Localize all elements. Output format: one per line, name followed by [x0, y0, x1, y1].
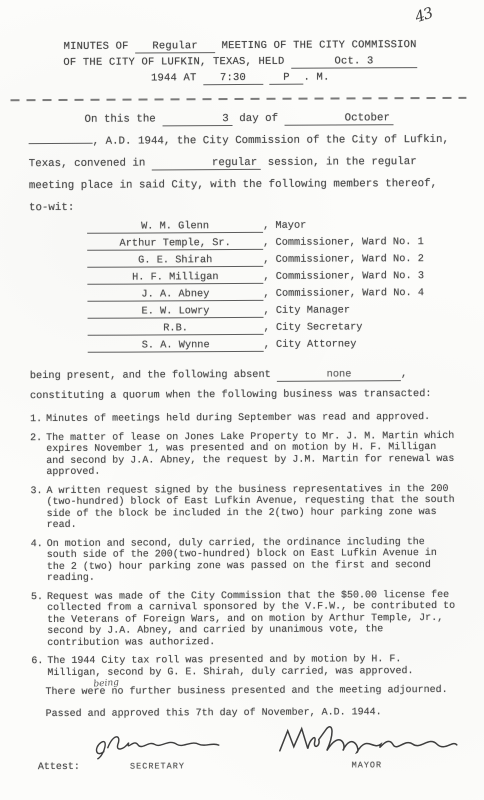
header-text: OF THE CITY OF LUFKIN, TEXAS, HELD [63, 56, 284, 69]
member-name: S. A. Wynne [88, 340, 264, 353]
roster-row: H. F. Milligan, Commissioner, Ward No. 3 [87, 270, 483, 289]
item-number: 3. [30, 486, 46, 532]
member-name: J. A. Abney [87, 289, 263, 302]
absent-blank: none [277, 369, 401, 381]
item-number: 1. [30, 414, 46, 426]
item-number: 5. [31, 592, 47, 650]
mayor-signature-block: MAYOR [274, 720, 460, 773]
secretary-label: SECRETARY [130, 761, 185, 771]
roster-row: R.B., City Secretary [88, 321, 484, 340]
member-title: Commissioner, Ward No. 2 [276, 253, 424, 266]
member-title: City Attorney [276, 338, 356, 350]
session-blank: regular [152, 158, 261, 171]
handwritten-insertion: being [93, 676, 120, 692]
dashed-separator [10, 97, 466, 101]
header-line-2: OF THE CITY OF LUFKIN, TEXAS, HELD Oct. … [0, 53, 482, 72]
member-title: Commissioner, Ward No. 3 [276, 270, 424, 283]
attest-block: Attest: SECRETARY [38, 725, 224, 774]
member-roster: W. M. Glenn, Mayor Arthur Temple, Sr., C… [87, 219, 484, 357]
header-text: MINUTES OF [64, 41, 129, 53]
member-name: E. W. Lowry [87, 306, 263, 319]
member-name: G. E. Shirah [87, 255, 263, 268]
header-text: . M. [304, 72, 330, 84]
mayor-signature [274, 720, 460, 761]
member-name: W. M. Glenn [87, 221, 263, 234]
item-text: Request was made of the City Commission … [47, 589, 457, 649]
opening-text: , A.D. 1944, [93, 135, 171, 147]
item-row: 1.Minutes of meetings held during Septem… [30, 412, 456, 426]
meeting-date-blank: Oct. 3 [291, 56, 417, 69]
document-content: MINUTES OF Regular MEETING OF THE CITY C… [0, 37, 484, 775]
mayor-label: MAYOR [352, 760, 383, 770]
item-row: 6.The 1944 City tax roll was presented a… [31, 654, 457, 679]
item-text: The matter of lease on Jones Lake Proper… [46, 430, 456, 478]
document-header: MINUTES OF Regular MEETING OF THE CITY C… [0, 37, 482, 88]
roster-row: G. E. Shirah, Commissioner, Ward No. 2 [87, 253, 483, 272]
item-row: 4.On motion and second, duly carried, th… [31, 536, 457, 584]
member-name: R.B. [88, 323, 264, 336]
item-text: The 1944 City tax roll was presented and… [47, 654, 457, 679]
day-blank: 3 [162, 114, 233, 127]
member-name: Arthur Temple, Sr. [87, 238, 263, 251]
signature-row: Attest: SECRETARY MAYOR [38, 720, 460, 774]
adjournment-line: being There were no further business pre… [45, 684, 457, 700]
item-text: On motion and second, duly carried, the … [47, 536, 457, 584]
header-text: 1944 AT [151, 72, 197, 84]
member-title: City Manager [276, 304, 350, 316]
roster-row: Arthur Temple, Sr., Commissioner, Ward N… [87, 236, 483, 255]
roster-row: E. W. Lowry, City Manager [87, 304, 483, 323]
roster-row: J. A. Abney, Commissioner, Ward No. 4 [87, 287, 483, 306]
roster-row: W. M. Glenn, Mayor [87, 219, 483, 238]
item-number: 2. [30, 433, 46, 479]
member-title: City Secretary [276, 321, 363, 333]
member-name: H. F. Milligan [87, 272, 263, 285]
opening-text: day of [239, 113, 278, 125]
header-text: MEETING OF THE CITY COMMISSION [222, 39, 417, 52]
meeting-type-blank: Regular [135, 41, 215, 53]
header-line-3: 1944 AT 7:30 P. M. [0, 69, 482, 88]
item-row: 2.The matter of lease on Jones Lake Prop… [30, 430, 456, 478]
secretary-signature-block: SECRETARY [91, 725, 223, 774]
item-row: 5.Request was made of the City Commissio… [31, 589, 457, 649]
item-text: A written request signed by the business… [46, 483, 456, 531]
member-title: Commissioner, Ward No. 1 [275, 236, 423, 249]
secretary-signature [91, 725, 223, 762]
meeting-time-blank: 7:30 [203, 73, 263, 85]
quorum-text: being present, and the following absent [30, 369, 271, 382]
scanned-minutes-document: 43 MINUTES OF Regular MEETING OF THE CIT… [0, 0, 484, 800]
item-number: 4. [31, 539, 47, 585]
member-title: Commissioner, Ward No. 4 [276, 287, 424, 300]
business-items: 1.Minutes of meetings held during Septem… [30, 412, 457, 679]
opening-paragraph: On this the 3 day of October , A.D. 1944… [28, 107, 451, 219]
opening-text: On this the [84, 113, 155, 125]
quorum-paragraph: being present, and the following absent … [30, 364, 452, 406]
attest-label: Attest: [38, 762, 80, 773]
item-row: 3.A written request signed by the busine… [30, 483, 456, 531]
item-number: 6. [31, 656, 47, 679]
handwritten-page-number: 43 [413, 4, 435, 26]
member-title: Mayor [275, 220, 306, 232]
meeting-ampm-blank: P [270, 73, 304, 85]
month-blank: October [285, 113, 394, 126]
roster-row: S. A. Wynne, City Attorney [88, 338, 484, 357]
item-text: Minutes of meetings held during Septembe… [46, 412, 456, 426]
empty-blank [29, 143, 93, 144]
mayor-block: MAYOR [274, 720, 460, 773]
